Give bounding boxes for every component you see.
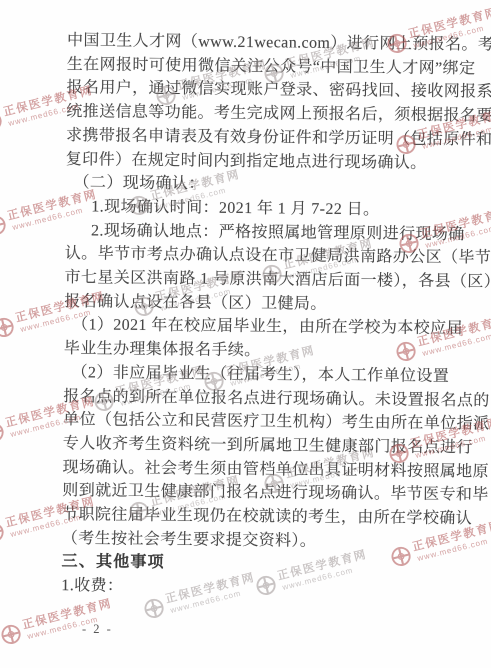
text-line: 中国卫生人才网（www.21wecan.com）进行网上预报名。考 [67,32,491,54]
text-line: 1.收费： [61,577,123,596]
text-line: 认。毕节市考点办确认点设在市卫健局洪南路办公区（毕节 [65,245,491,267]
text-line: 市七星关区洪南路 1 号原洪南大酒店后面一楼），各县（区） [64,269,491,292]
text-line: 现场确认。社会考生须由管档单位出具证明材料按照属地原 [62,459,489,481]
text-line: 三、其他事项 [62,553,165,572]
text-line: 报名用户，通过微信实现账户登录、密码找回、接收网报系 [66,79,491,101]
text-line: （二）现场确认： [73,174,204,193]
text-line: （2）非应届毕业生（往届考生），本人工作单位设置 [71,364,449,386]
text-line: 专人收齐考生资料统一到所属地卫生健康部门报名点进行 [63,435,473,457]
text-line: 复印件）在规定时间内到指定地点进行现场确认。 [66,151,427,173]
text-line: （1）2021 年在校应届毕业生，由所在学校为本校应届 [72,316,463,338]
text-line: 生在网报时可使用微信关注公众号“中国卫生人才网”绑定 [67,56,476,78]
text-line: 求携带报名申请表及有效身份证件和学历证明（包括原件和 [66,127,491,149]
text-line: 2.现场确认地点：严格按照属地管理原则进行现场确 [91,222,465,244]
text-line: 则到就近卫生健康部门报名点进行现场确认。毕节医专和毕 [62,482,489,504]
text-line: 节职院往届毕业生现仍在校就读的考生，由所在学校确认 [62,506,472,528]
text-line: （考生按社会考生要求提交资料）。 [62,530,317,551]
text-line: 单位（包括公立和民营医疗卫生机构）考生由所在单位指派 [63,411,490,433]
text-line: 统推送信息等功能。考生完成网上预报名后，须根据报名要 [66,103,491,125]
page-number: - 2 - [82,622,113,637]
document-text-layer: 中国卫生人才网（www.21wecan.com）进行网上预报名。考生在网报时可使… [0,0,491,668]
text-line: 毕业生办理集体报名手续。 [64,340,261,360]
text-line: 1.现场确认时间：2021 年 1 月 7-22 日。 [91,198,379,219]
text-line: 报名点的到所在单位报名点进行现场确认。未设置报名点的 [63,388,490,410]
document-page: 中国卫生人才网（www.21wecan.com）进行网上预报名。考生在网报时可使… [0,0,491,668]
text-line: 报名确认点设在各县（区）卫健局。 [64,293,327,314]
